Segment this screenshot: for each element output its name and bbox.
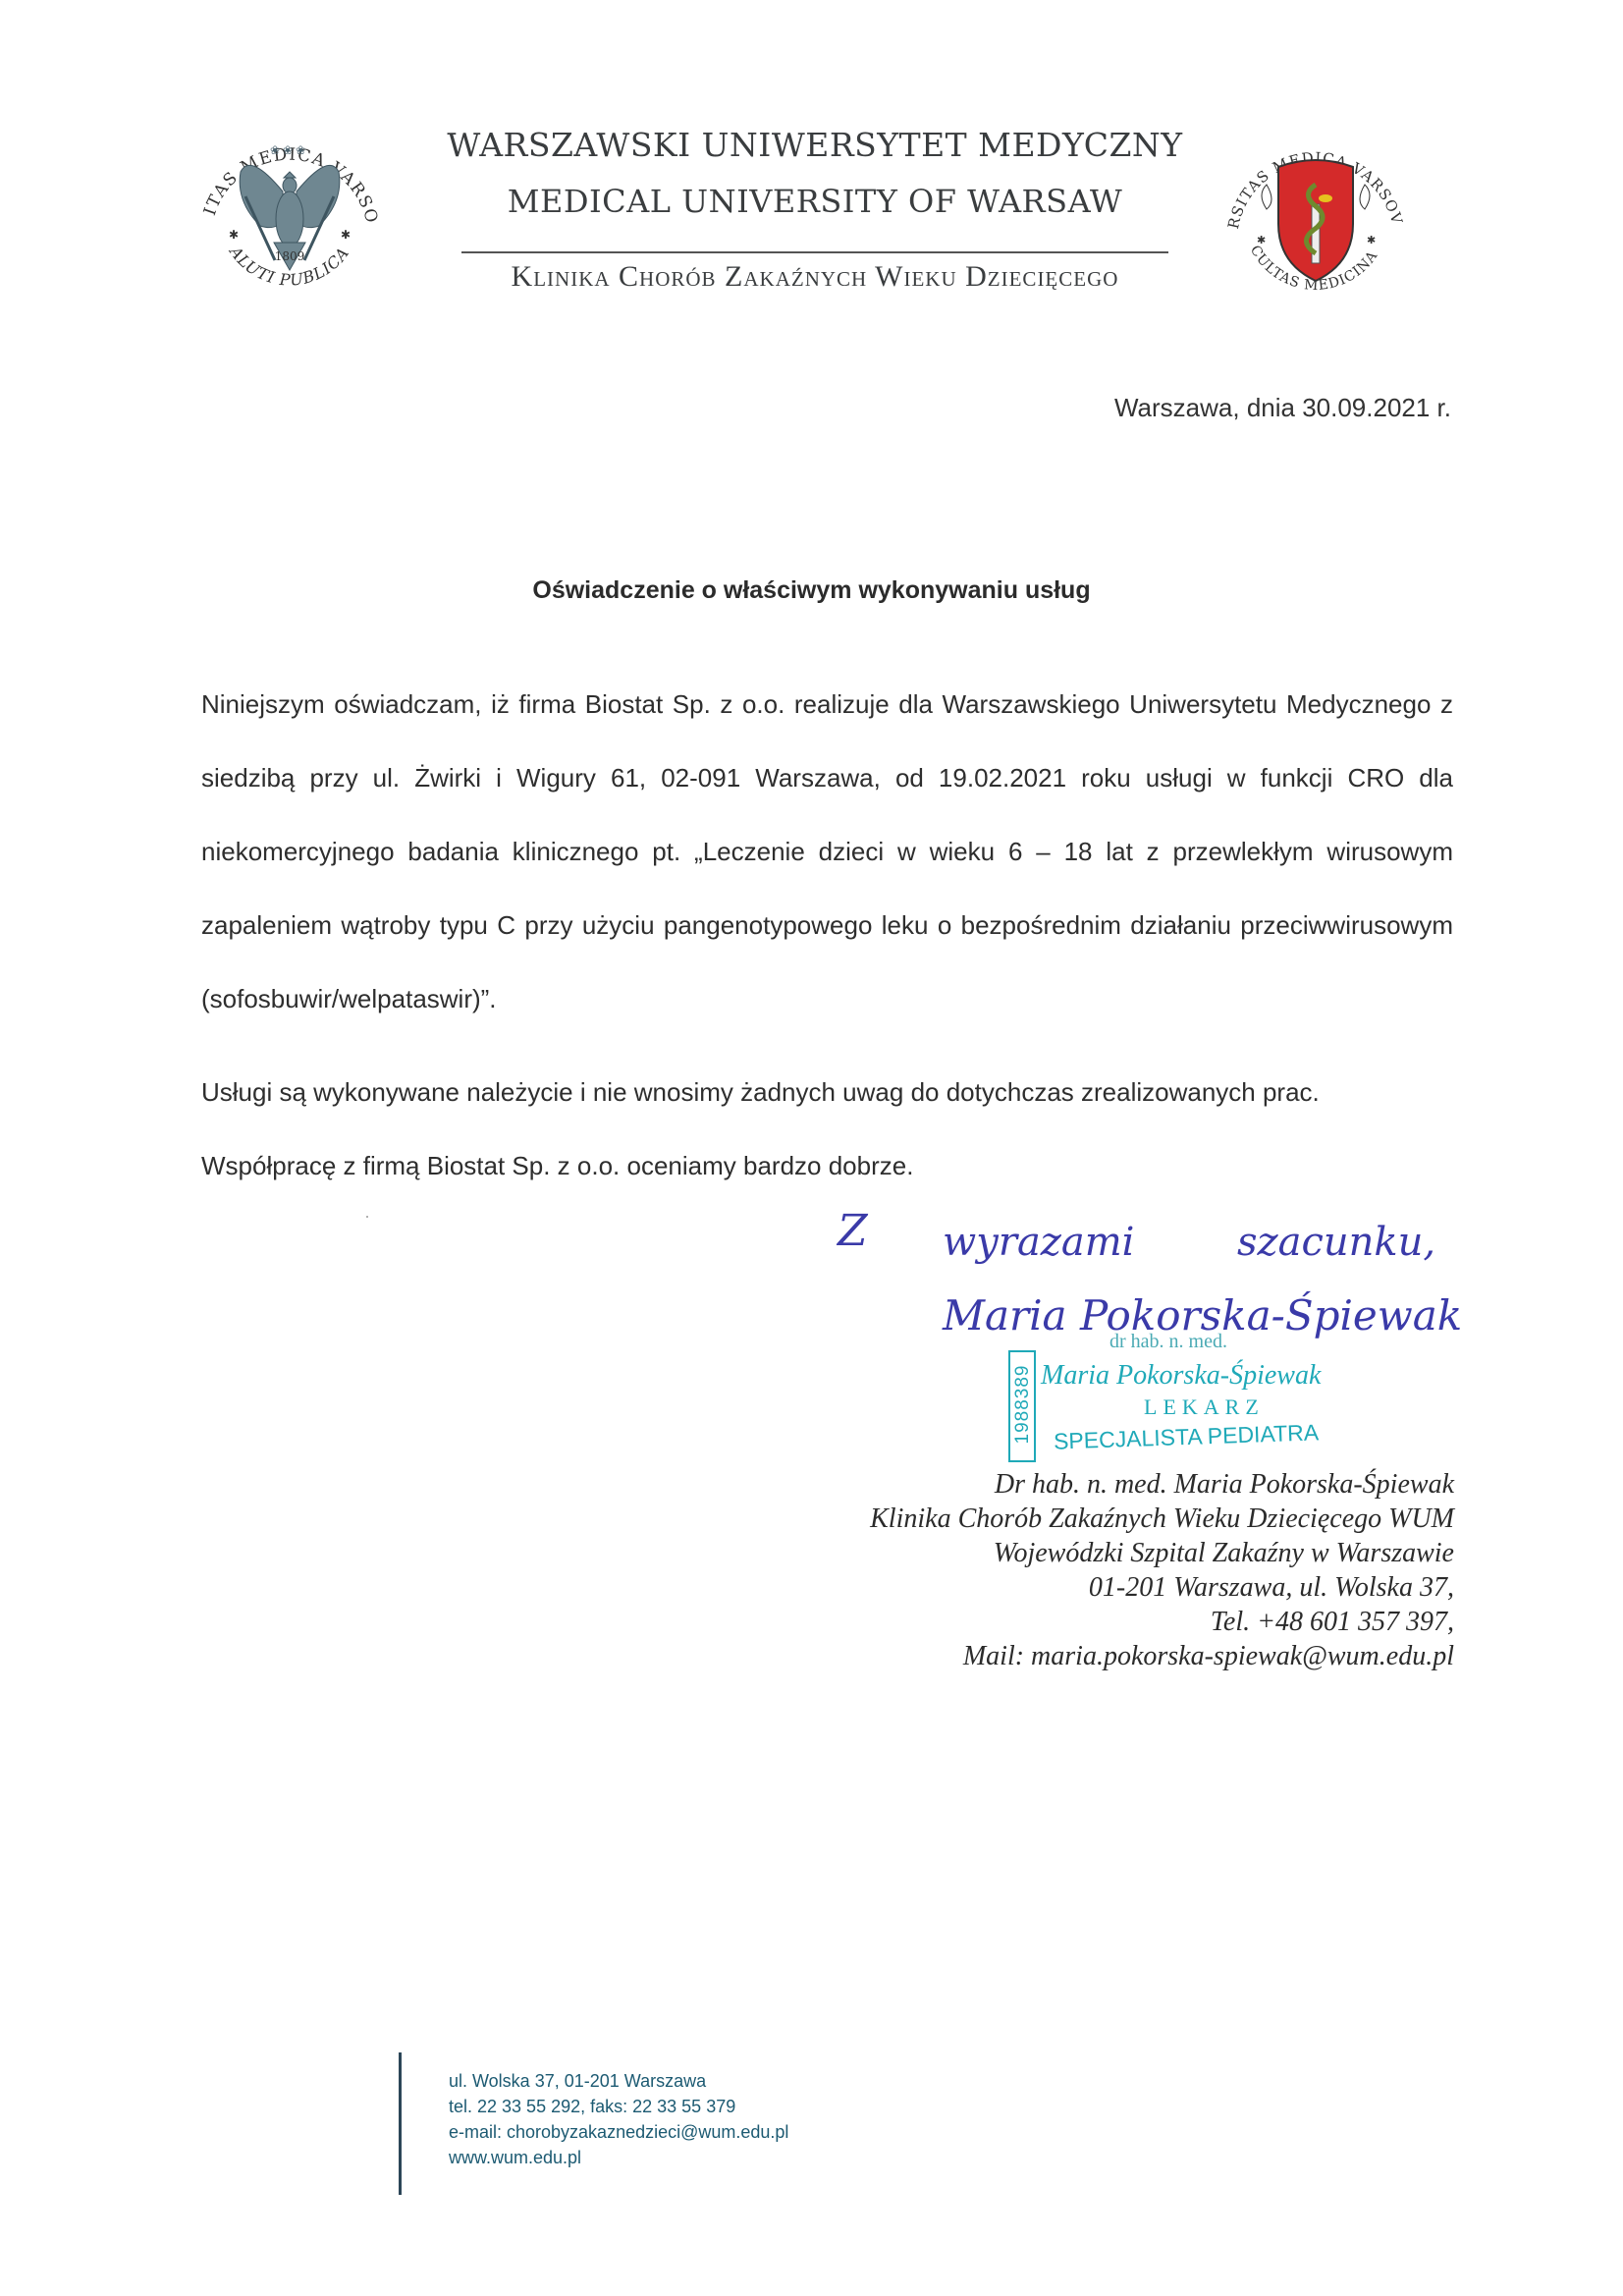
paragraph-assessment: Usługi są wykonywane należycie i nie wno… — [201, 1056, 1453, 1203]
signature-line-address: 01-201 Warszawa, ul. Wolska 37, — [870, 1570, 1454, 1605]
university-seal-left: UNIVERSITAS MEDICA VARSOVIENSIS SALUTI P… — [191, 113, 388, 309]
scan-speck — [366, 1216, 368, 1218]
handwritten-greeting-word-2: szacunku, — [1237, 1220, 1435, 1265]
svg-text:✱: ✱ — [341, 228, 351, 242]
signature-line-clinic: Klinika Chorób Zakaźnych Wieku Dziecięce… — [870, 1502, 1454, 1536]
stamp-license-box: 1988389 — [1008, 1350, 1036, 1462]
signature-line-hospital: Wojewódzki Szpital Zakaźny w Warszawie — [870, 1536, 1454, 1570]
clinic-name: Klinika Chorób Zakaźnych Wieku Dziecięce… — [422, 260, 1208, 294]
footer-website: www.wum.edu.pl — [449, 2145, 788, 2170]
svg-text:✱: ✱ — [1367, 235, 1376, 246]
signature-line-email: Mail: maria.pokorska-spiewak@wum.edu.pl — [870, 1639, 1454, 1673]
header-divider — [461, 251, 1168, 253]
svg-text:❀ ❀ ❀: ❀ ❀ ❀ — [270, 143, 305, 157]
handwritten-greeting-word: wyrazami — [943, 1220, 1134, 1265]
svg-text:✱: ✱ — [1257, 235, 1266, 246]
paragraph-statement: Niniejszym oświadczam, iż firma Biostat … — [201, 668, 1453, 1036]
stamp-role: LEKARZ — [1144, 1394, 1265, 1420]
signature-line-name: Dr hab. n. med. Maria Pokorska-Śpiewak — [870, 1467, 1454, 1502]
stamp-license-number: 1988389 — [1012, 1350, 1034, 1458]
stamp-name: Maria Pokorska-Śpiewak — [1041, 1360, 1321, 1392]
university-seal-right: UNIVERSITAS MEDICA VARSOVIENSIS FACULTAS… — [1217, 116, 1414, 312]
rod-of-asclepius-shield-icon: UNIVERSITAS MEDICA VARSOVIENSIS FACULTAS… — [1217, 116, 1414, 312]
stamp-specialty: SPECJALISTA PEDIATRA — [1054, 1419, 1320, 1454]
eagle-crest-icon: UNIVERSITAS MEDICA VARSOVIENSIS SALUTI P… — [191, 113, 388, 309]
svg-text:✱: ✱ — [229, 228, 239, 242]
signature-line-phone: Tel. +48 601 357 397, — [870, 1605, 1454, 1639]
svg-text:1809: 1809 — [275, 249, 305, 263]
footer-phone: tel. 22 33 55 292, faks: 22 33 55 379 — [449, 2094, 788, 2119]
university-name-pl: WARSZAWSKI UNIWERSYTET MEDYCZNY — [422, 126, 1208, 164]
stamp-title: dr hab. n. med. — [1109, 1331, 1227, 1353]
handwritten-greeting-z: Z — [838, 1206, 868, 1256]
footer-address: ul. Wolska 37, 01-201 Warszawa — [449, 2068, 788, 2094]
footer-contact: ul. Wolska 37, 01-201 Warszawa tel. 22 3… — [449, 2068, 788, 2170]
document-title: Oświadczenie o właściwym wykonywaniu usł… — [0, 576, 1623, 605]
footer-divider — [399, 2052, 402, 2195]
signature-block: Dr hab. n. med. Maria Pokorska-Śpiewak K… — [870, 1467, 1454, 1673]
document-date: Warszawa, dnia 30.09.2021 r. — [1114, 393, 1451, 423]
footer-email: e-mail: chorobyzakaznedzieci@wum.edu.pl — [449, 2119, 788, 2145]
university-name-en: MEDICAL UNIVERSITY OF WARSAW — [422, 183, 1208, 220]
